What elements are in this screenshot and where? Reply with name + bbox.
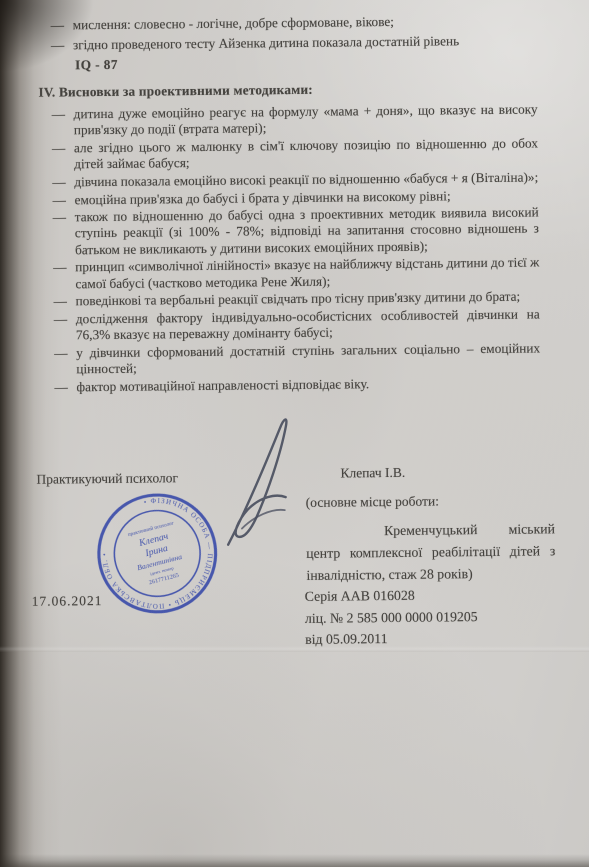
- list-item-text: емоційна прив'язка до бабусі і брата у д…: [74, 188, 450, 207]
- document-date: 17.06.2021: [32, 593, 103, 610]
- workplace-intro: (основне місце роботи:: [306, 493, 439, 510]
- dash-bullet: —: [52, 106, 65, 122]
- list-item: — також по відношенню до бабусі одна з п…: [38, 205, 539, 259]
- license-date: від 05.09.2011: [305, 627, 478, 650]
- document-content: — мислення: словесно - логічне, добре сф…: [0, 0, 589, 867]
- license-series: Серія ААВ 016028: [305, 584, 478, 607]
- list-item: — дитина дуже емоційно реагує на формулу…: [37, 101, 538, 139]
- license-number: ліц. № 2 585 000 0000 019205: [305, 606, 478, 629]
- handwritten-signature: [213, 414, 310, 553]
- list-item: — фактор мотиваційної направленості відп…: [39, 374, 540, 395]
- list-item-text: мислення: словесно - логічне, добре сфор…: [73, 14, 394, 32]
- psychologist-role-label: Практикуючий психолог: [36, 470, 178, 487]
- photographed-document: — мислення: словесно - логічне, добре сф…: [0, 0, 589, 867]
- dash-bullet: —: [52, 140, 65, 156]
- list-item: — у дівчинки сформований достатній ступі…: [39, 340, 540, 378]
- list-item: — мислення: словесно - логічне, добре сф…: [36, 11, 537, 34]
- section-heading: IV. Висновки за проективними методиками:: [38, 78, 537, 101]
- list-item-text: згідно проведеного тесту Айзенка дитина …: [73, 33, 459, 52]
- conclusions-list: — дитина дуже емоційно реагує на формулу…: [37, 101, 541, 395]
- list-item-text: також по відношенню до бабусі одна з про…: [75, 205, 539, 257]
- iq-result-line: IQ - 87: [36, 51, 537, 74]
- workplace-text: Кременчуцький міський центр комплексної …: [306, 518, 556, 587]
- list-item: — дослідження фактору індивідуально-особ…: [39, 306, 540, 344]
- list-item-text: дівчина показала емоційно високі реакції…: [74, 169, 538, 189]
- list-item-text: у дівчинки сформований достатній ступінь…: [76, 340, 540, 376]
- psychologist-name: Клепач І.В.: [340, 465, 405, 482]
- dash-bullet: —: [53, 210, 66, 226]
- dash-bullet: —: [52, 174, 65, 190]
- dash-bullet: —: [51, 36, 64, 54]
- list-item-text: але згідно цього ж малюнку в сім'ї ключо…: [74, 135, 538, 171]
- dash-bullet: —: [51, 16, 64, 34]
- list-item-text: дослідження фактору індивідуально-особис…: [76, 306, 540, 342]
- list-item-text: фактор мотиваційної направленості відпов…: [76, 376, 369, 394]
- round-stamp-graphic: • ФІЗИЧНА ОСОБА — ПІДПРИЄМЕЦЬ • ПОЛТАВСЬ…: [82, 478, 233, 629]
- list-item: — принцип «символічної лінійності» вказу…: [38, 255, 539, 293]
- license-block: Серія ААВ 016028 ліц. № 2 585 000 0000 0…: [305, 584, 478, 650]
- list-item: — згідно проведеного тесту Айзенка дитин…: [36, 31, 537, 54]
- round-stamp: • ФІЗИЧНА ОСОБА — ПІДПРИЄМЕЦЬ • ПОЛТАВСЬ…: [82, 478, 233, 629]
- document-text-block: — мислення: словесно - логічне, добре сф…: [36, 11, 541, 397]
- dash-bullet: —: [54, 379, 67, 395]
- dash-bullet: —: [54, 311, 67, 327]
- dash-bullet: —: [54, 294, 67, 310]
- dash-bullet: —: [53, 260, 66, 276]
- dash-bullet: —: [52, 192, 65, 208]
- list-item-text: поведінкові та вербальні реакції свідчат…: [76, 289, 521, 309]
- intro-list: — мислення: словесно - логічне, добре сф…: [36, 11, 538, 74]
- list-item-text: принцип «символічної лінійності» вказує …: [75, 255, 539, 291]
- dash-bullet: —: [54, 345, 67, 361]
- list-item-text: дитина дуже емоційно реагує на формулу «…: [74, 101, 538, 137]
- list-item: — але згідно цього ж малюнку в сім'ї клю…: [37, 135, 538, 173]
